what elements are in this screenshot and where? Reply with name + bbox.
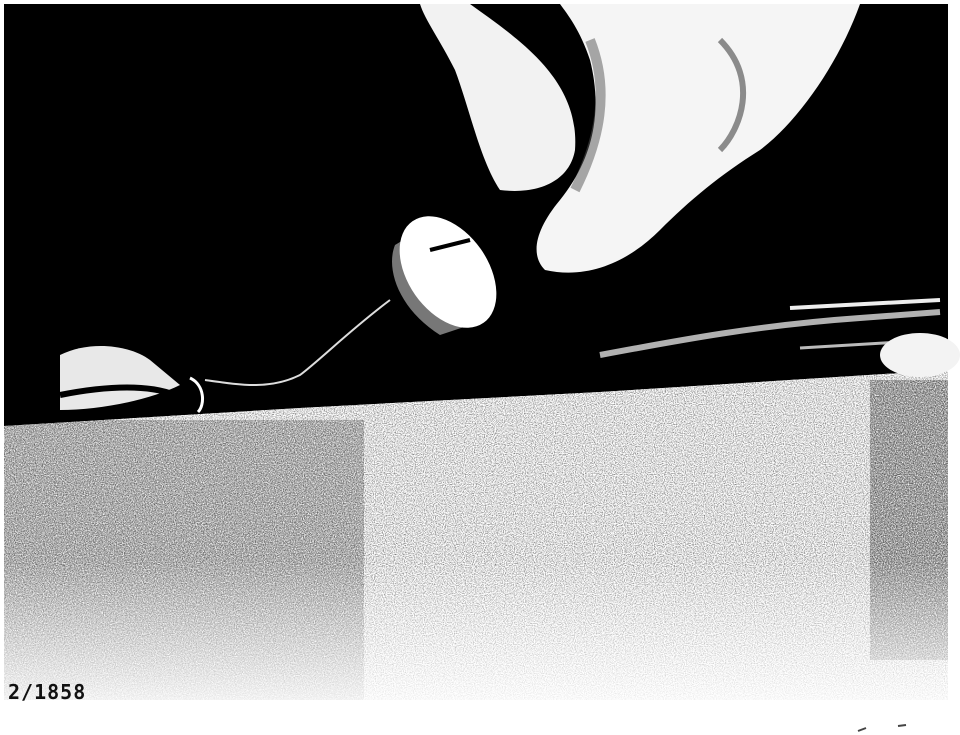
photo-stage: 2/1858 [0, 0, 960, 735]
grainy-surface [4, 370, 948, 700]
scan-marks [858, 725, 906, 731]
photograph [0, 0, 960, 735]
photo-caption: 2/1858 [8, 680, 86, 704]
